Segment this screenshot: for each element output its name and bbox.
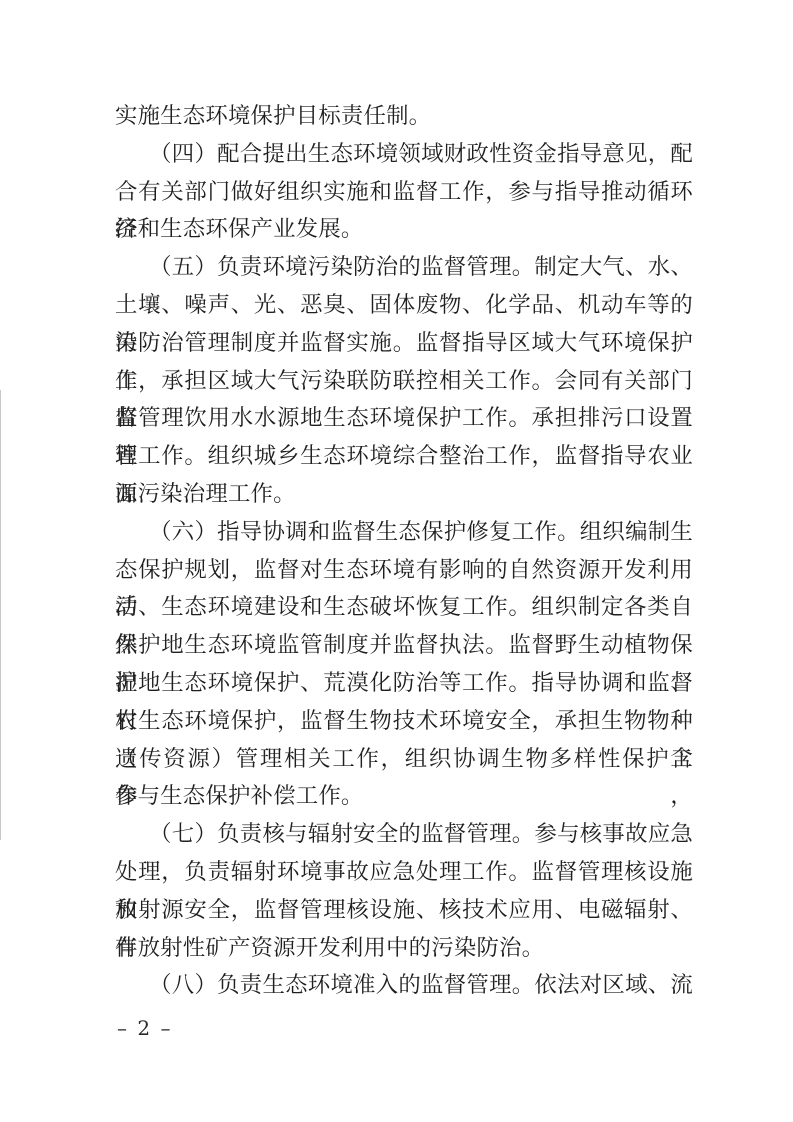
text-line: （七）负责核与辐射安全的监督管理。参与核事故应急 <box>115 816 693 854</box>
text-line: 作，承担区域大气污染联防联控相关工作。会同有关部门监 <box>115 363 693 401</box>
text-line: （六）指导协调和监督生态保护修复工作。组织编制生 <box>115 514 693 552</box>
text-line: 济和生态环保产业发展。 <box>115 211 693 249</box>
text-line: 源污染治理工作。 <box>115 476 693 514</box>
text-line: 土壤、噪声、光、恶臭、固体废物、化学品、机动车等的污 <box>115 287 693 325</box>
text-line: 保护地生态环境监管制度并监督执法。监督野生动植物保护、 <box>115 627 693 665</box>
text-line: 放射源安全，监督管理核设施、核技术应用、电磁辐射、伴 <box>115 892 693 930</box>
text-line: 遗传资源）管理相关工作，组织协调生物多样性保护工作， <box>115 741 693 779</box>
text-line: 实施生态环境保护目标责任制。 <box>115 98 693 136</box>
text-line: （四）配合提出生态环境领域财政性资金指导意见，配 <box>115 136 693 174</box>
text-line: 态保护规划，监督对生态环境有影响的自然资源开发利用活 <box>115 552 693 590</box>
text-line: （八）负责生态环境准入的监督管理。依法对区域、流 <box>115 967 693 1005</box>
text-line: 处理，负责辐射环境事故应急处理工作。监督管理核设施和 <box>115 854 693 892</box>
text-line: 合有关部门做好组织实施和监督工作，参与指导推动循环经 <box>115 174 693 212</box>
text-line: 理工作。组织城乡生态环境综合整治工作，监督指导农业面 <box>115 438 693 476</box>
text-line: （五）负责环境污染防治的监督管理。制定大气、水、 <box>115 249 693 287</box>
text-line: 督管理饮用水水源地生态环境保护工作。承担排污口设置管 <box>115 400 693 438</box>
scan-edge-artifact <box>0 390 1 840</box>
text-line: 湿地生态环境保护、荒漠化防治等工作。指导协调和监督农 <box>115 665 693 703</box>
text-line: 染防治管理制度并监督实施。监督指导区域大气环境保护工 <box>115 325 693 363</box>
page-number: – 2 – <box>117 1014 172 1042</box>
document-page: 实施生态环境保护目标责任制。 （四）配合提出生态环境领域财政性资金指导意见，配合… <box>0 0 793 1122</box>
text-line: 村生态环境保护，监督生物技术环境安全，承担生物物种（含 <box>115 703 693 741</box>
text-line: 动、生态环境建设和生态破坏恢复工作。组织制定各类自然 <box>115 589 693 627</box>
text-line: 有放射性矿产资源开发利用中的污染防治。 <box>115 930 693 968</box>
document-body-text: 实施生态环境保护目标责任制。 （四）配合提出生态环境领域财政性资金指导意见，配合… <box>115 98 693 1005</box>
